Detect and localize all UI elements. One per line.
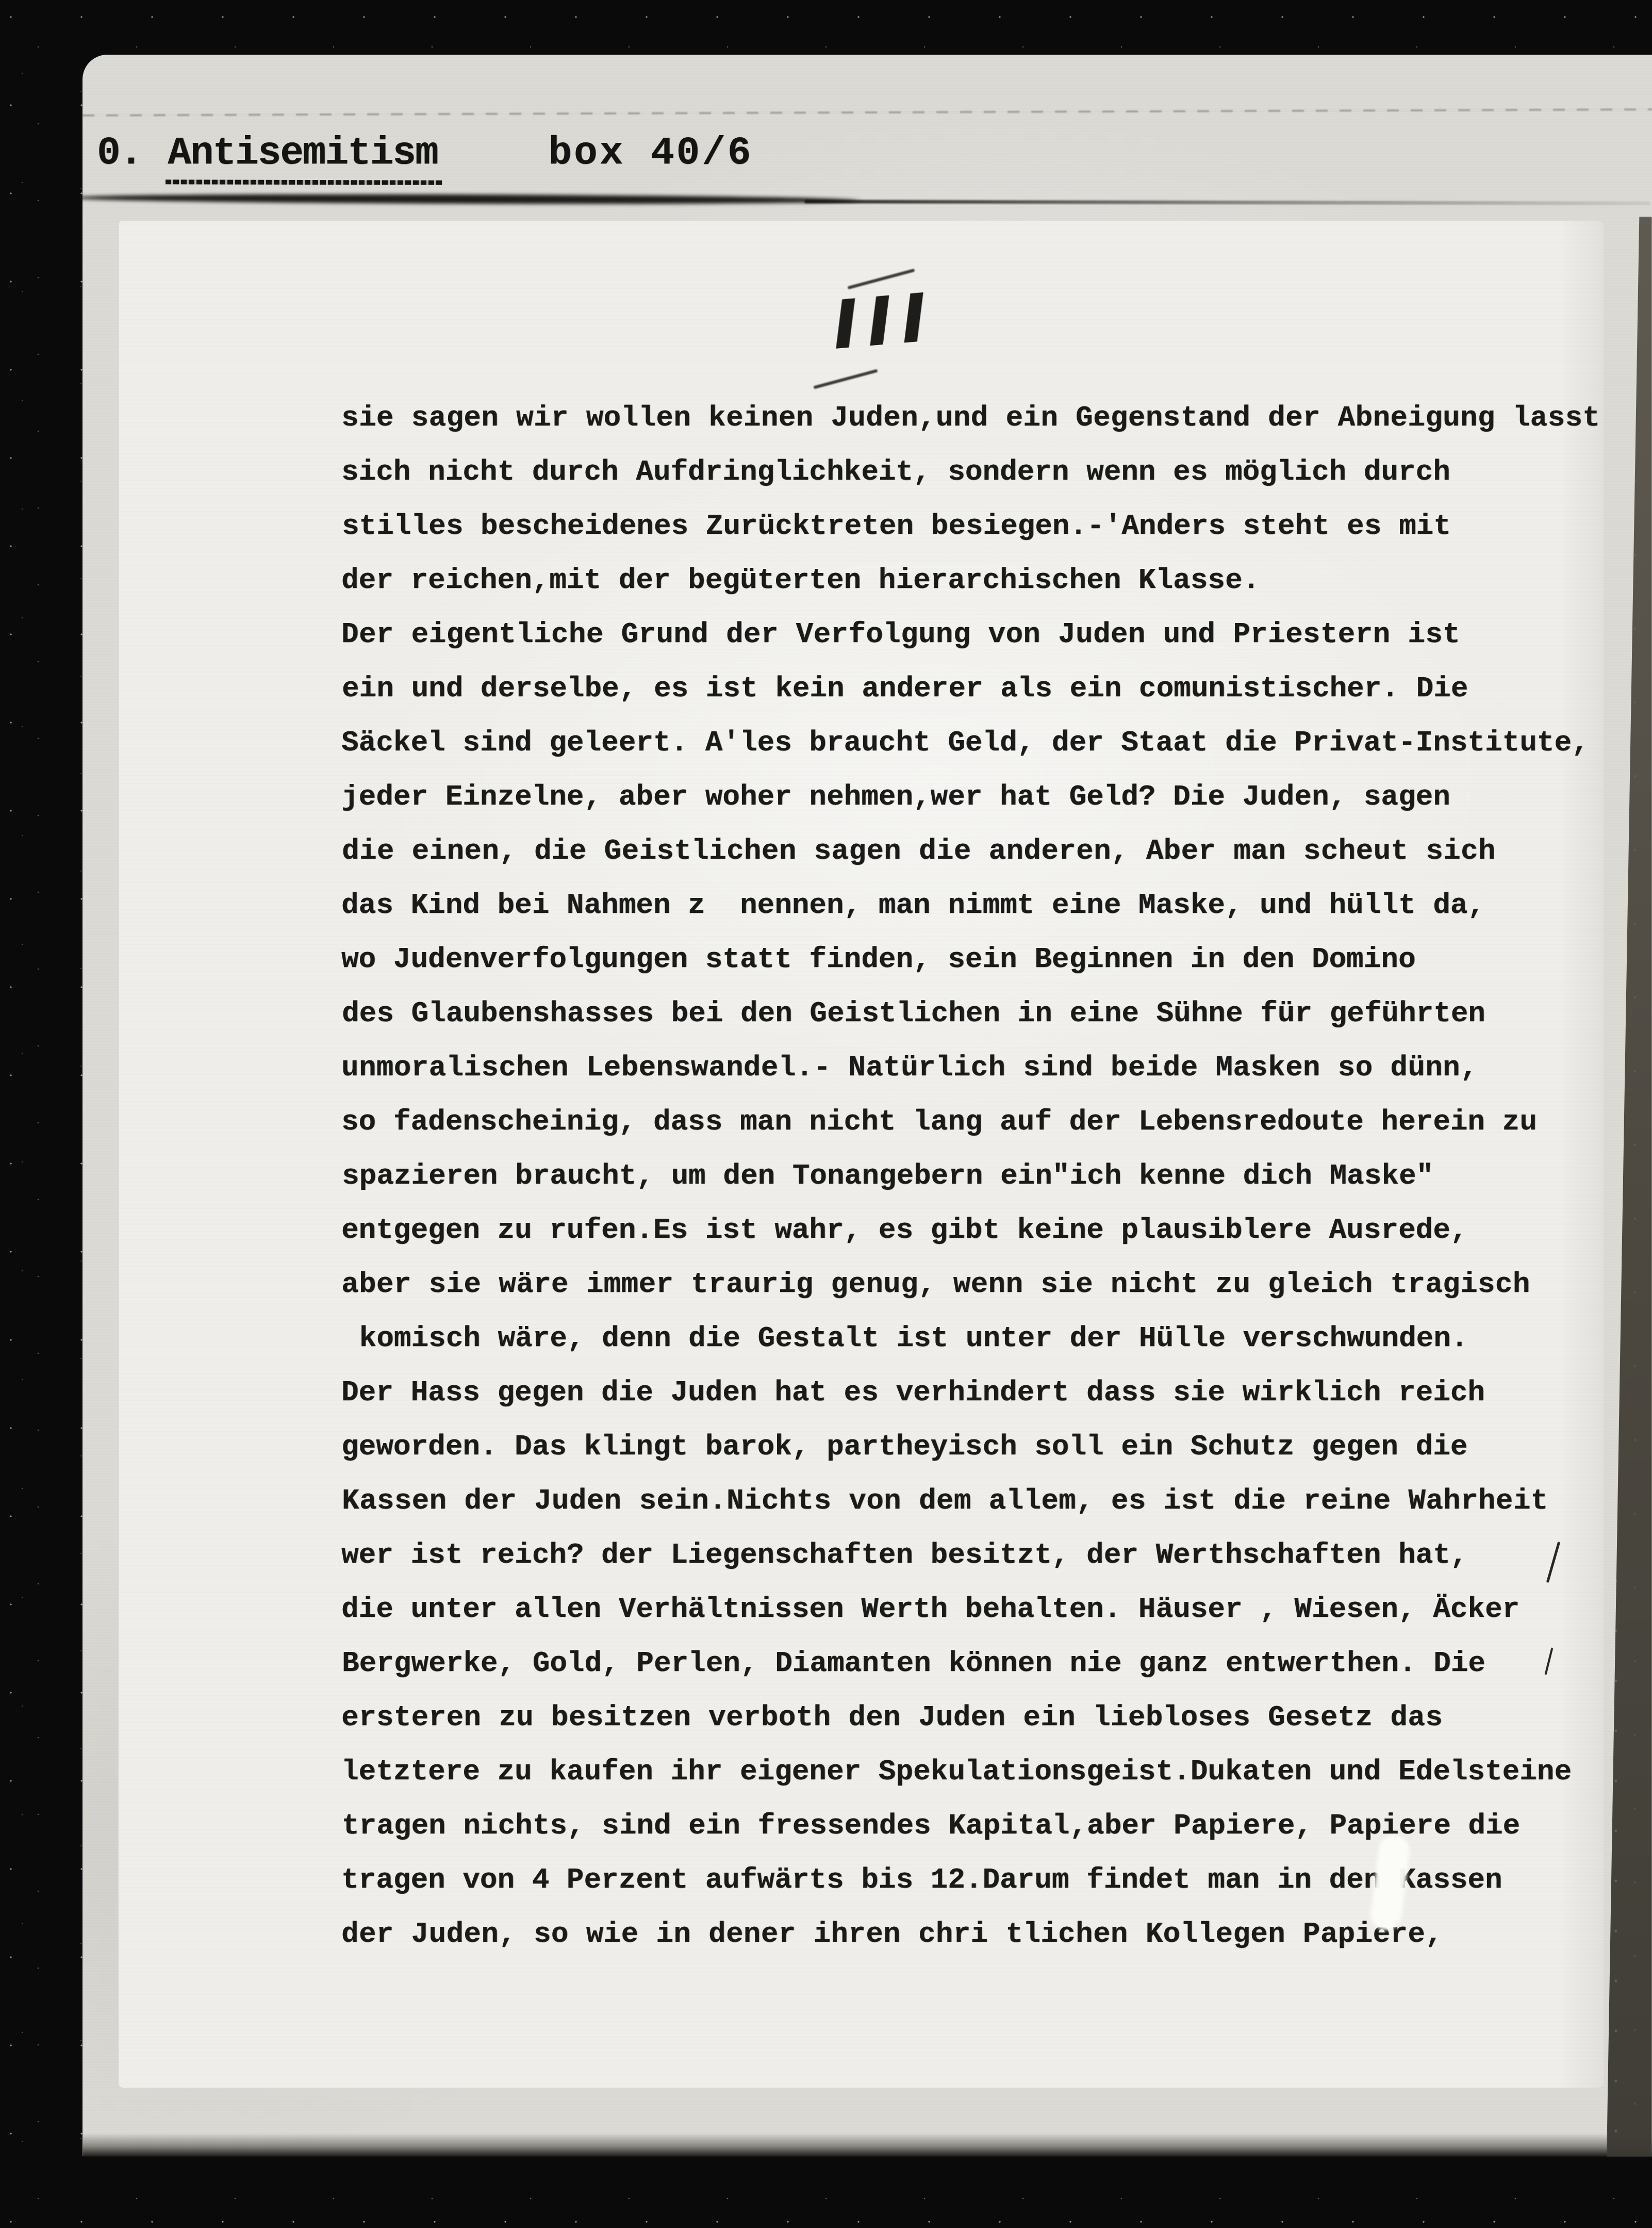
typewritten-line: unmoralischen Lebenswandel.- Natürlich s…	[341, 1041, 1600, 1095]
typescript-body: sie sagen wir wollen keinen Juden,und ei…	[341, 391, 1600, 1961]
pen-underline-stroke	[813, 369, 878, 389]
archive-index-number: 0.	[97, 131, 142, 175]
typewritten-line: die einen, die Geistlichen sagen die and…	[342, 824, 1600, 878]
ink-smudge-line-tail	[804, 200, 1650, 205]
typewritten-line: das Kind bei Nahmen z nennen, man nimmt …	[341, 878, 1600, 932]
typewritten-line: tragen nichts, sind ein fressendes Kapit…	[342, 1799, 1600, 1853]
typewritten-line: der reichen,mit der begüterten hierarchi…	[341, 553, 1600, 608]
typewritten-line: des Glaubenshasses bei den Geistlichen i…	[342, 987, 1600, 1041]
archive-header: 0.Antisemitismbox 40/6	[97, 131, 753, 175]
typewritten-line: spazieren braucht, um den Tonangebern ei…	[342, 1149, 1600, 1203]
photostat-card: 0.Antisemitismbox 40/6 III sie sagen wir…	[82, 55, 1652, 2156]
typewritten-line: der Juden, so wie in dener ihren chri tl…	[341, 1907, 1600, 1961]
typewritten-line: ein und derselbe, es ist kein anderer al…	[342, 662, 1600, 716]
typewritten-line: Kassen der Juden sein.Nichts von dem all…	[342, 1474, 1600, 1528]
typewritten-line: Der Hass gegen die Juden hat es verhinde…	[341, 1366, 1600, 1420]
typewritten-line: letztere zu kaufen ihr eigener Spekulati…	[341, 1745, 1600, 1799]
archive-box-label: box 40/6	[549, 131, 753, 175]
typewritten-line: tragen von 4 Perzent aufwärts bis 12.Dar…	[341, 1853, 1600, 1907]
typewritten-line: Der eigentliche Grund der Verfolgung von…	[341, 608, 1600, 662]
typewritten-line: jeder Einzelne, aber woher nehmen,wer ha…	[341, 770, 1600, 824]
typewritten-line: die unter allen Verhältnissen Werth beha…	[341, 1582, 1600, 1636]
archive-category-label: Antisemitism	[168, 131, 437, 175]
typewritten-line: so fadenscheinig, dass man nicht lang au…	[341, 1095, 1600, 1149]
typewritten-line: komisch wäre, denn die Gestalt ist unter…	[342, 1312, 1600, 1366]
typewritten-line: Säckel sind geleert. A'les braucht Geld,…	[341, 716, 1600, 770]
roman-numeral-text: III	[828, 284, 939, 361]
typewritten-line: wo Judenverfolgungen statt finden, sein …	[341, 932, 1600, 987]
ink-smudge-line	[70, 193, 858, 205]
typewritten-line: ersteren zu besitzen verboth den Juden e…	[341, 1691, 1600, 1745]
typewritten-line: aber sie wäre immer traurig genug, wenn …	[341, 1257, 1600, 1312]
handwritten-page-number: III	[810, 274, 933, 398]
typewritten-line: geworden. Das klingt barok, partheyisch …	[341, 1420, 1600, 1474]
typewritten-line: wer ist reich? der Liegenschaften besitz…	[341, 1528, 1600, 1582]
typewritten-line: sie sagen wir wollen keinen Juden,und ei…	[341, 391, 1600, 445]
typewritten-line: Bergwerke, Gold, Perlen, Diamanten könne…	[342, 1636, 1600, 1691]
typewritten-line: entgegen zu rufen.Es ist wahr, es gibt k…	[341, 1203, 1600, 1257]
faint-dotted-rule	[82, 108, 1652, 117]
typewritten-line: sich nicht durch Aufdringlichkeit, sonde…	[341, 445, 1600, 499]
typewritten-letter-sheet: III sie sagen wir wollen keinen Juden,un…	[118, 221, 1604, 2088]
typewritten-line: stilles bescheidenes Zurücktreten besieg…	[342, 499, 1600, 553]
scanned-document-photo: 0.Antisemitismbox 40/6 III sie sagen wir…	[0, 0, 1652, 2228]
